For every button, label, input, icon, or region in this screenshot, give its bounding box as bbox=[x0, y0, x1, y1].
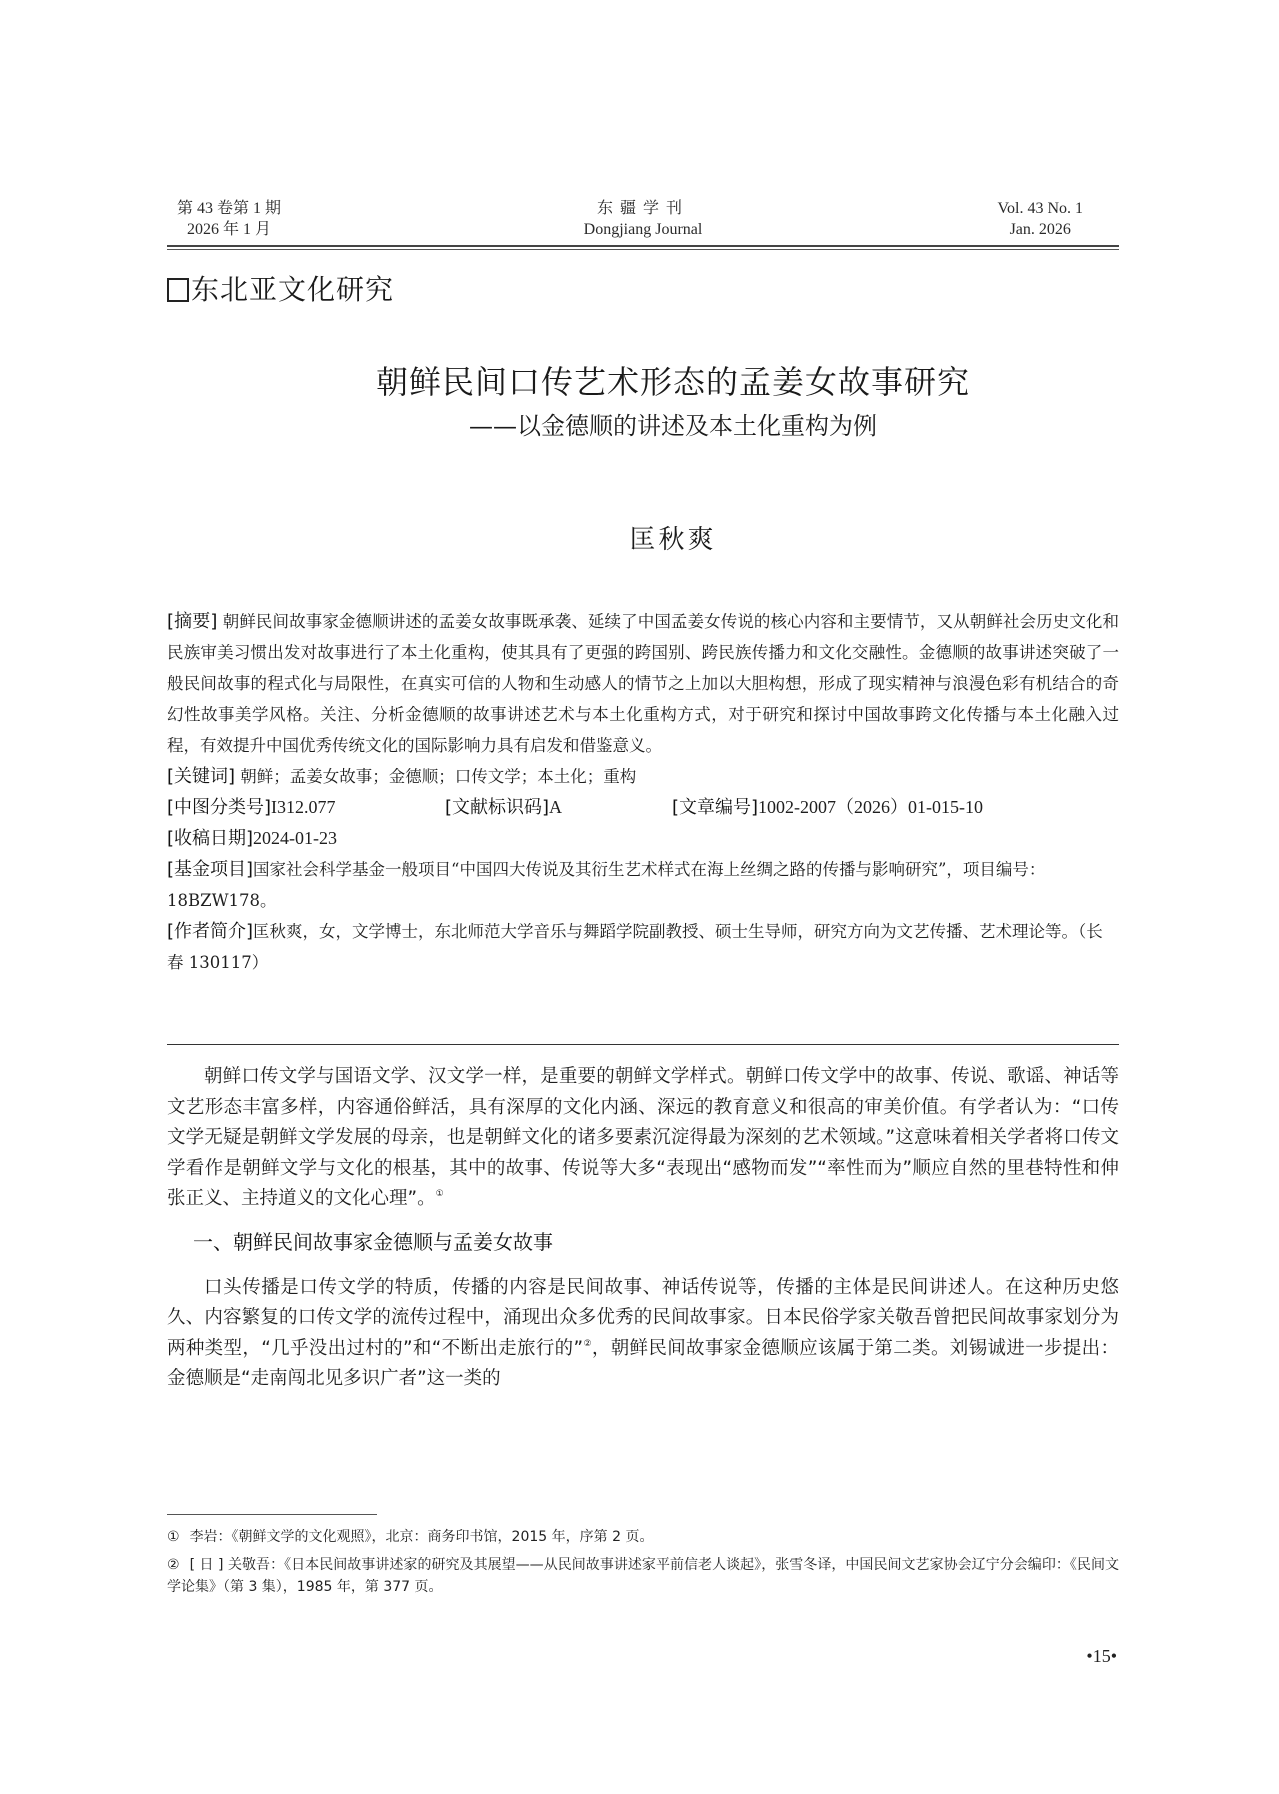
article-number: [文章编号]1002-2007（2026）01-015-10 bbox=[672, 792, 983, 823]
article-no-value: 1002-2007（2026）01-015-10 bbox=[758, 797, 983, 817]
received-value: 2024-01-23 bbox=[253, 828, 337, 848]
fund-project: [基金项目]国家社会科学基金一般项目“中国四大传说及其衍生艺术样式在海上丝绸之路… bbox=[167, 854, 1119, 916]
journal-name-en: Dongjiang Journal bbox=[167, 219, 1119, 240]
footnote-item: ①李岩：《朝鲜文学的文化观照》，北京：商务印书馆，2015 年，序第 2 页。 bbox=[167, 1526, 1119, 1548]
received-date: [收稿日期]2024-01-23 bbox=[167, 823, 1119, 854]
article-no-label: [文章编号] bbox=[672, 797, 758, 818]
column-heading-text: 东北亚文化研究 bbox=[191, 273, 394, 306]
body-paragraph: 口头传播是口传文学的特质，传播的内容是民间故事、神话传说等，传播的主体是民间讲述… bbox=[167, 1273, 1119, 1395]
abstract-label: [摘要] bbox=[167, 611, 217, 632]
clc-label: [中图分类号] bbox=[167, 797, 271, 818]
classification-row: [中图分类号]I312.077 [文献标识码]A [文章编号]1002-2007… bbox=[167, 792, 1119, 823]
keywords: [关键词] 朝鲜；孟姜女故事；金德顺；口传文学；本土化；重构 bbox=[167, 761, 1119, 792]
doc-code-value: A bbox=[549, 797, 562, 817]
fund-label: [基金项目] bbox=[167, 859, 253, 880]
date-en: Jan. 2026 bbox=[998, 219, 1084, 240]
column-heading: 东北亚文化研究 bbox=[167, 272, 394, 308]
metadata-divider bbox=[167, 1044, 1119, 1045]
journal-name-cn: 东疆学刊 bbox=[167, 198, 1119, 219]
keywords-text: 朝鲜；孟姜女故事；金德顺；口传文学；本土化；重构 bbox=[240, 767, 636, 786]
running-header: 第 43 卷第 1 期 2026 年 1 月 东疆学刊 Dongjiang Jo… bbox=[167, 198, 1119, 242]
issue-info-en: Vol. 43 No. 1 Jan. 2026 bbox=[998, 198, 1084, 240]
clc-value: I312.077 bbox=[271, 797, 336, 817]
page-number: •15• bbox=[1047, 1646, 1117, 1667]
article-metadata: [摘要] 朝鲜民间故事家金德顺讲述的孟姜女故事既承袭、延续了中国孟姜女传说的核心… bbox=[167, 606, 1119, 978]
keywords-label: [关键词] bbox=[167, 766, 235, 787]
section-heading: 一、朝鲜民间故事家金德顺与孟姜女故事 bbox=[167, 1227, 1119, 1257]
volume-issue-en: Vol. 43 No. 1 bbox=[998, 198, 1084, 219]
bio-text: 匡秋爽，女，文学博士，东北师范大学音乐与舞蹈学院副教授、硕士生导师，研究方向为文… bbox=[167, 922, 1103, 972]
bio-label: [作者简介] bbox=[167, 921, 253, 942]
article-subtitle: ——以金德顺的讲述及本土化重构为例 bbox=[167, 410, 1119, 442]
footnote-item: ②[ 日 ] 关敬吾：《日本民间故事讲述家的研究及其展望——从民间故事讲述家平前… bbox=[167, 1554, 1119, 1598]
paragraph-text: 朝鲜口传文学与国语文学、汉文学一样，是重要的朝鲜文学样式。朝鲜口传文学中的故事、… bbox=[167, 1066, 1119, 1209]
article-author: 匡秋爽 bbox=[167, 523, 1119, 557]
footnote-text: [ 日 ] 关敬吾：《日本民间故事讲述家的研究及其展望——从民间故事讲述家平前信… bbox=[167, 1557, 1119, 1595]
abstract: [摘要] 朝鲜民间故事家金德顺讲述的孟姜女故事既承袭、延续了中国孟姜女传说的核心… bbox=[167, 606, 1119, 761]
fund-text: 国家社会科学基金一般项目“中国四大传说及其衍生艺术样式在海上丝绸之路的传播与影响… bbox=[167, 860, 1045, 910]
article-title: 朝鲜民间口传艺术形态的孟姜女故事研究 bbox=[167, 362, 1119, 402]
journal-name: 东疆学刊 Dongjiang Journal bbox=[167, 198, 1119, 240]
article-body: 朝鲜口传文学与国语文学、汉文学一样，是重要的朝鲜文学样式。朝鲜口传文学中的故事、… bbox=[167, 1062, 1119, 1395]
footnotes: ①李岩：《朝鲜文学的文化观照》，北京：商务印书馆，2015 年，序第 2 页。 … bbox=[167, 1526, 1119, 1604]
footnote-ref-1[interactable]: ① bbox=[436, 1189, 444, 1199]
author-bio: [作者简介]匡秋爽，女，文学博士，东北师范大学音乐与舞蹈学院副教授、硕士生导师，… bbox=[167, 916, 1119, 978]
footnote-mark: ① bbox=[167, 1529, 180, 1545]
body-paragraph: 朝鲜口传文学与国语文学、汉文学一样，是重要的朝鲜文学样式。朝鲜口传文学中的故事、… bbox=[167, 1062, 1119, 1215]
journal-page: 第 43 卷第 1 期 2026 年 1 月 东疆学刊 Dongjiang Jo… bbox=[167, 0, 1119, 1794]
doc-code-label: [文献标识码] bbox=[445, 797, 549, 818]
footnote-mark: ② bbox=[167, 1557, 180, 1573]
abstract-text: 朝鲜民间故事家金德顺讲述的孟姜女故事既承袭、延续了中国孟姜女传说的核心内容和主要… bbox=[167, 612, 1119, 755]
clc-number: [中图分类号]I312.077 bbox=[167, 792, 336, 823]
received-label: [收稿日期] bbox=[167, 828, 253, 849]
header-double-rule bbox=[167, 245, 1119, 250]
footnote-text: 李岩：《朝鲜文学的文化观照》，北京：商务印书馆，2015 年，序第 2 页。 bbox=[190, 1529, 654, 1545]
square-box-icon bbox=[167, 278, 189, 302]
footnote-divider bbox=[167, 1514, 377, 1515]
footnote-ref-2[interactable]: ② bbox=[583, 1339, 592, 1349]
document-code: [文献标识码]A bbox=[445, 792, 562, 823]
